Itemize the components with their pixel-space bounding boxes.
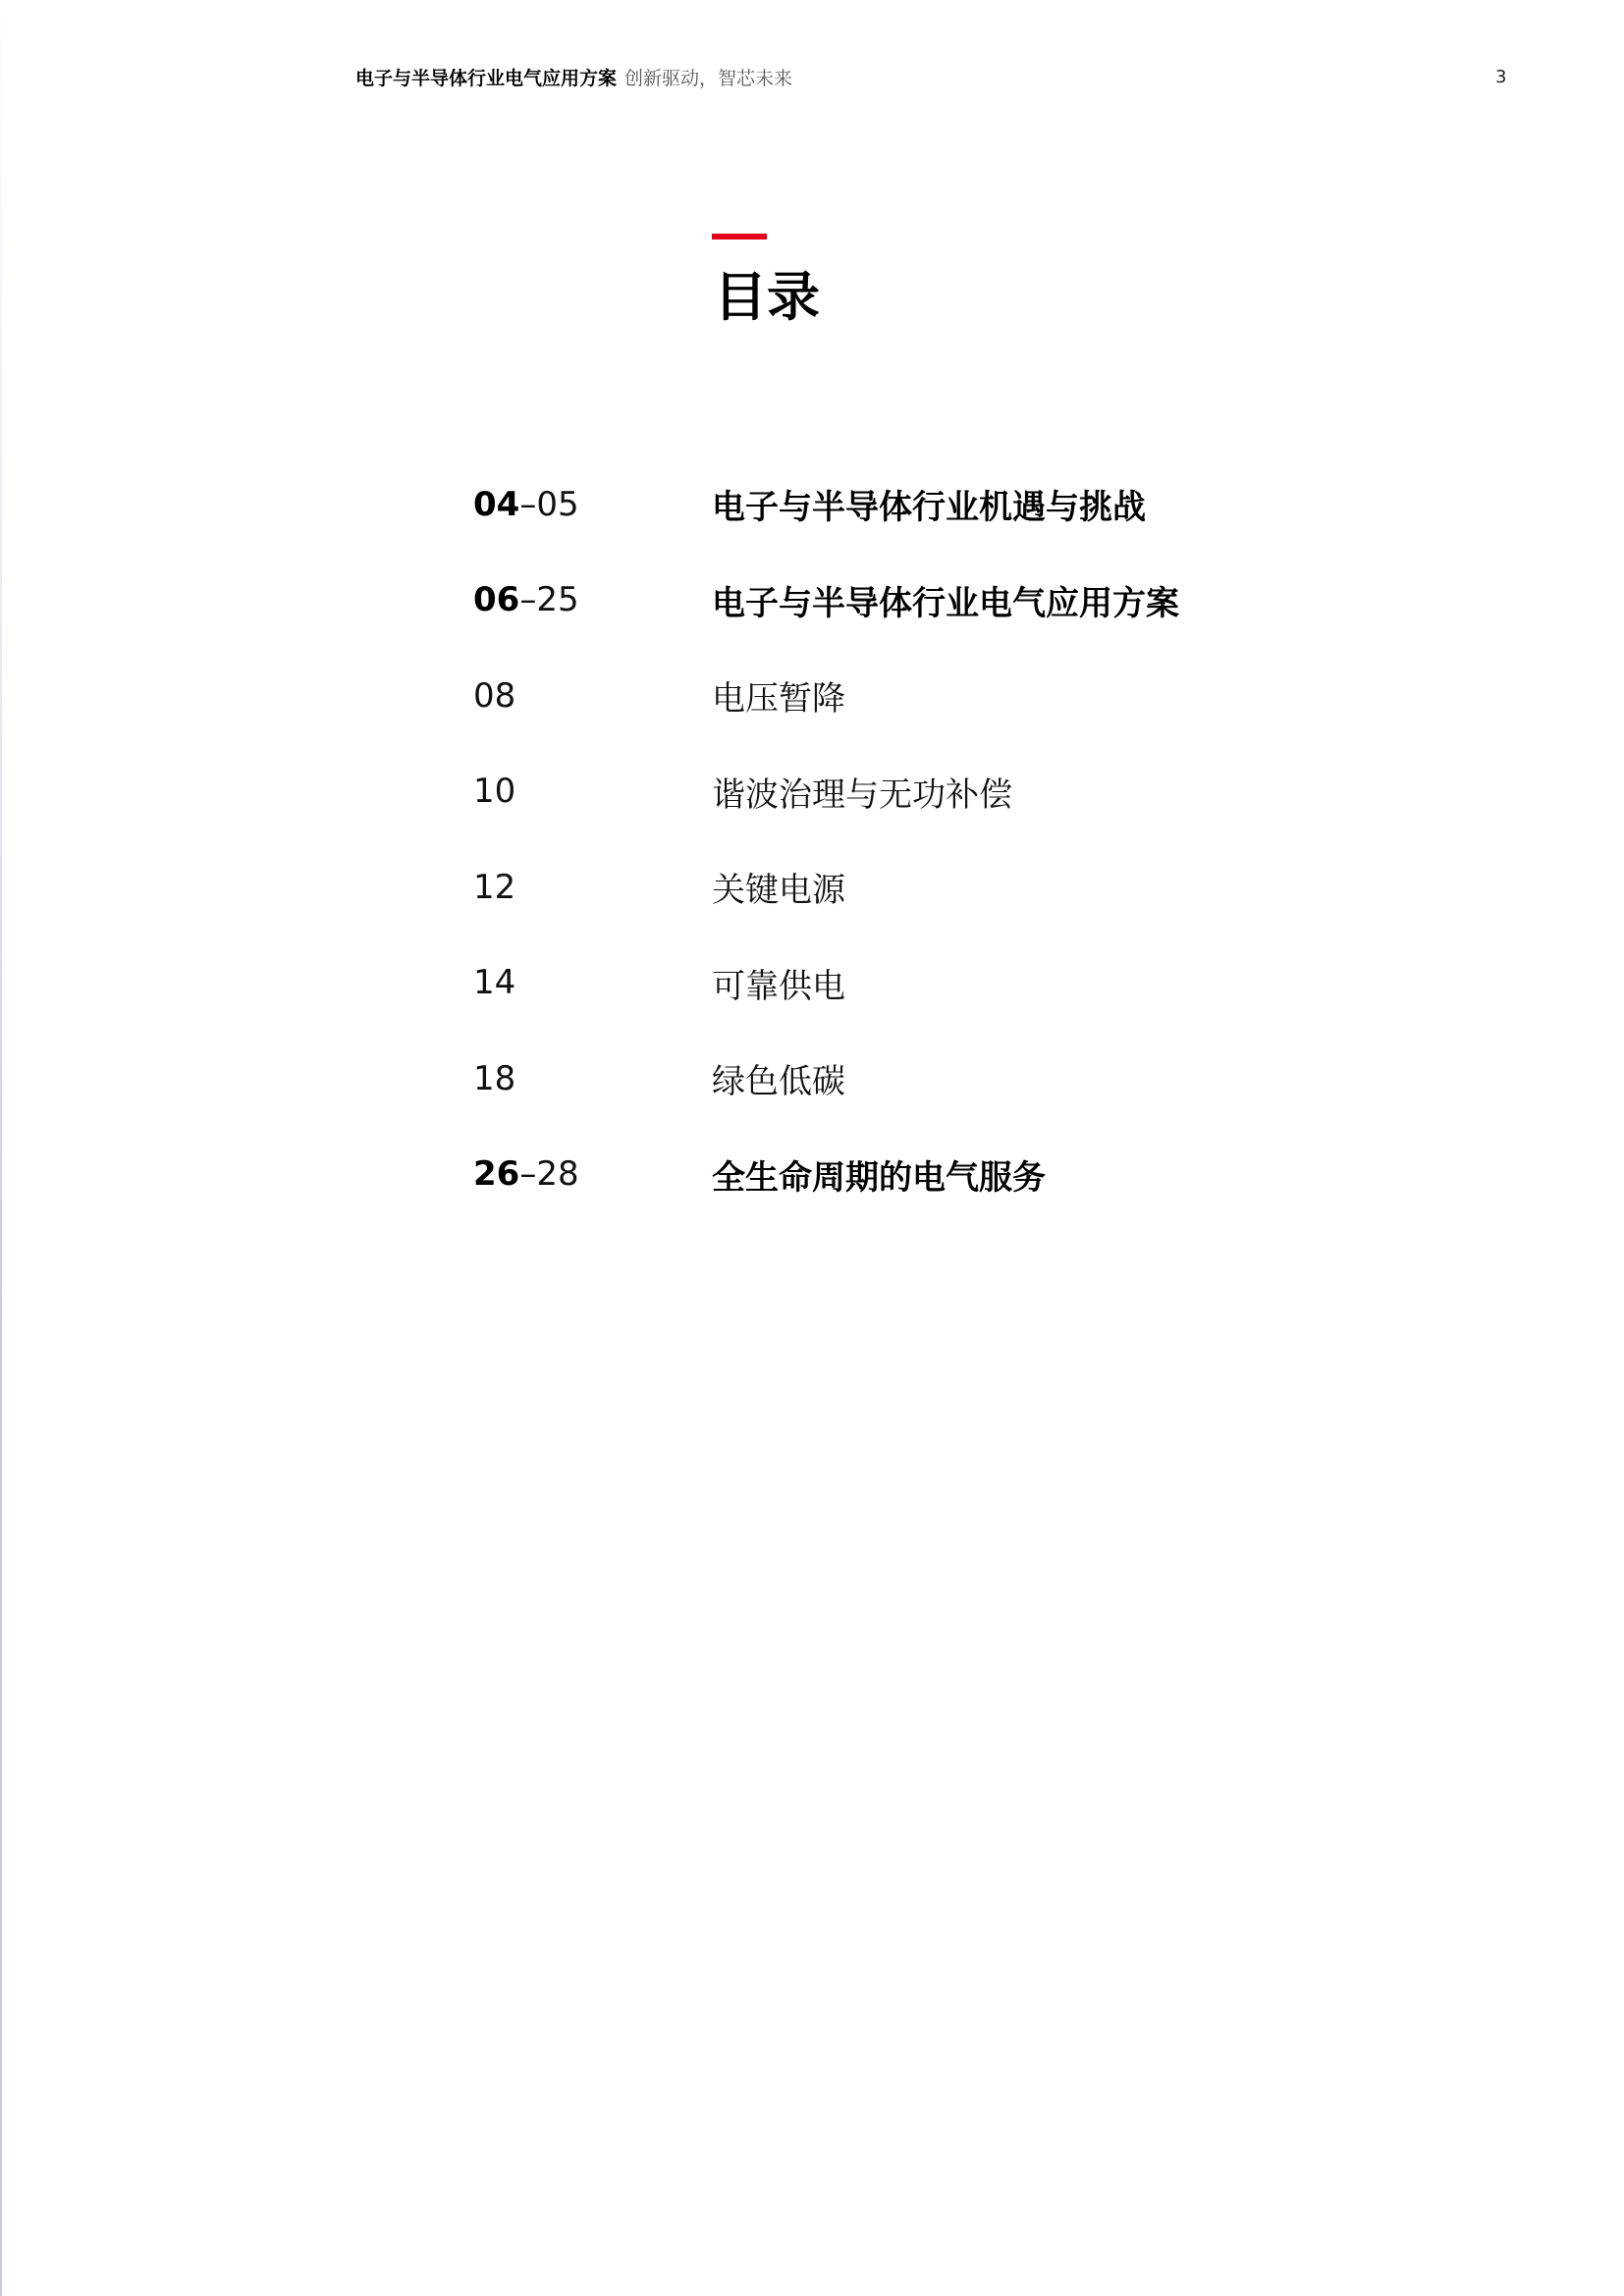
running-header: 电子与半导体行业电气应用方案创新驱动，智芯未来 [355, 67, 792, 90]
page-end: –05 [519, 485, 578, 524]
page-number: 3 [1495, 67, 1506, 87]
page-number-value: 10 [473, 772, 515, 811]
page-start: 06 [473, 580, 519, 619]
toc-label: 电压暂降 [712, 671, 845, 720]
page-number-value: 08 [473, 676, 515, 716]
toc-label: 绿色低碳 [712, 1054, 845, 1102]
toc-item-reliable-supply[interactable]: 14 可靠供电 [473, 935, 1357, 1032]
document-tagline: 创新驱动，智芯未来 [624, 68, 792, 89]
toc-label: 关键电源 [712, 863, 845, 911]
page-end: –25 [519, 580, 578, 619]
toc-item-lifecycle-service[interactable]: 26–28 全生命周期的电气服务 [473, 1127, 1357, 1223]
page-start: 04 [473, 485, 519, 524]
toc-page-range: 08 [473, 676, 712, 716]
toc-label: 电子与半导体行业机遇与挑战 [712, 480, 1146, 528]
toc-page-range: 26–28 [473, 1154, 712, 1194]
toc-label: 全生命周期的电气服务 [712, 1150, 1046, 1199]
toc-item-critical-power[interactable]: 12 关键电源 [473, 839, 1357, 935]
toc-page-range: 14 [473, 963, 712, 1002]
toc-item-solutions[interactable]: 06–25 电子与半导体行业电气应用方案 [473, 553, 1357, 649]
page-start: 26 [473, 1154, 519, 1194]
toc-title: 目录 [714, 263, 820, 332]
toc-label: 可靠供电 [712, 959, 845, 1007]
page-number-value: 12 [473, 868, 515, 907]
page-end: –28 [519, 1154, 578, 1194]
toc-page-range: 06–25 [473, 580, 712, 619]
toc-item-harmonics[interactable]: 10 谐波治理与无功补偿 [473, 744, 1357, 840]
toc-page-range: 12 [473, 868, 712, 907]
toc-item-voltage-sag[interactable]: 08 电压暂降 [473, 648, 1357, 744]
page-edge-line [0, 0, 2, 2296]
table-of-contents: 04–05 电子与半导体行业机遇与挑战 06–25 电子与半导体行业电气应用方案… [473, 456, 1357, 1222]
toc-label: 电子与半导体行业电气应用方案 [712, 576, 1179, 624]
accent-bar [712, 234, 767, 240]
document-title: 电子与半导体行业电气应用方案 [355, 68, 617, 89]
toc-page-range: 10 [473, 772, 712, 811]
toc-item-green-low-carbon[interactable]: 18 绿色低碳 [473, 1031, 1357, 1127]
page-number-value: 18 [473, 1059, 515, 1098]
toc-item-opportunities[interactable]: 04–05 电子与半导体行业机遇与挑战 [473, 456, 1357, 553]
toc-page-range: 18 [473, 1059, 712, 1098]
toc-page-range: 04–05 [473, 485, 712, 524]
page-number-value: 14 [473, 963, 515, 1002]
toc-label: 谐波治理与无功补偿 [712, 768, 1012, 816]
